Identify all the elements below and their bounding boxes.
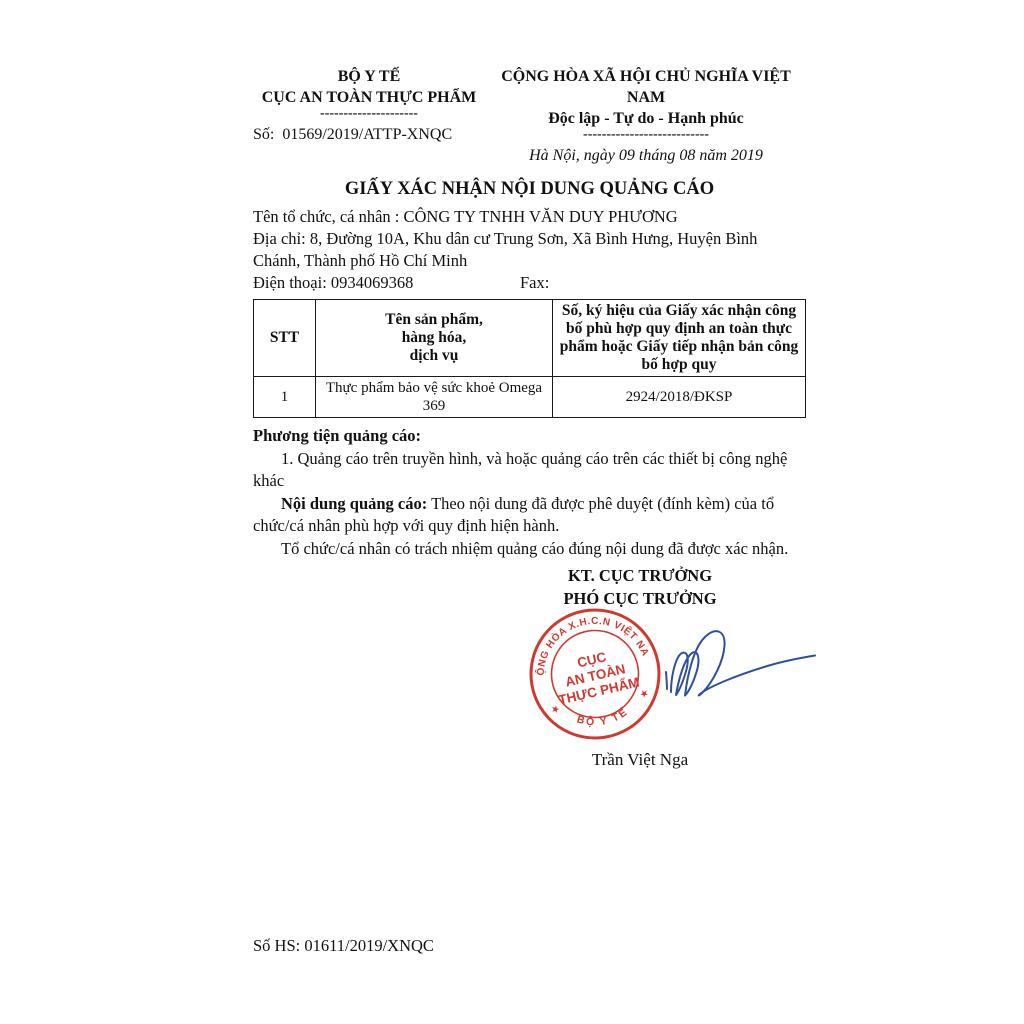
stamp-ring-bottom-text: BỘ Y TẾ	[573, 704, 632, 733]
file-number: Số HS: 01611/2019/XNQC	[253, 936, 434, 956]
phone-value: Điện thoại: 0934069368	[253, 272, 413, 294]
document-page: BỘ Y TẾ CỤC AN TOÀN THỰC PHẨM ----------…	[0, 0, 1024, 1024]
seal-area: CỘNG HÒA X.H.C.N VIỆT NAM BỘ Y TẾ ★ ★ CỤ…	[253, 610, 806, 752]
header-issuing-agency: BỘ Y TẾ CỤC AN TOÀN THỰC PHẨM ----------…	[253, 66, 485, 147]
svg-text:BỘ Y TẾ: BỘ Y TẾ	[573, 704, 632, 733]
table-row: 1 Thực phẩm bảo vệ sức khoẻ Omega 369 29…	[254, 377, 806, 418]
cell-product: Thực phẩm bảo vệ sức khoẻ Omega 369	[316, 377, 553, 418]
national-title: CỘNG HÒA XÃ HỘI CHỦ NGHĨA VIỆT NAM	[486, 66, 806, 108]
product-table-body: 1 Thực phẩm bảo vệ sức khoẻ Omega 369 29…	[254, 377, 806, 418]
org-name-line: Tên tổ chức, cá nhân : CÔNG TY TNHH VĂN …	[253, 206, 806, 228]
header-cell-product: Tên sản phẩm, hàng hóa, dịch vụ	[316, 300, 553, 377]
cell-certificate: 2924/2018/ĐKSP	[553, 377, 806, 418]
content-label: Nội dung quảng cáo:	[281, 494, 427, 513]
department-name: CỤC AN TOÀN THỰC PHẨM	[253, 87, 485, 108]
responsibility-paragraph: Tổ chức/cá nhân có trách nhiệm quảng cáo…	[253, 538, 806, 561]
motto-line: Độc lập - Tự do - Hạnh phúc	[486, 108, 806, 129]
signer-name: Trần Việt Nga	[485, 750, 795, 770]
handwritten-signature	[653, 614, 828, 724]
content-paragraph: Nội dung quảng cáo: Theo nội dung đã đượ…	[253, 493, 806, 538]
official-stamp: CỘNG HÒA X.H.C.N VIỆT NAM BỘ Y TẾ ★ ★ CỤ…	[525, 604, 665, 744]
media-heading: Phương tiện quảng cáo:	[253, 425, 806, 448]
document-content: BỘ Y TẾ CỤC AN TOÀN THỰC PHẨM ----------…	[253, 66, 806, 770]
body-text: Phương tiện quảng cáo: 1. Quảng cáo trên…	[253, 425, 806, 560]
table-header-row: STT Tên sản phẩm, hàng hóa, dịch vụ Số, …	[254, 300, 806, 377]
cell-stt: 1	[254, 377, 316, 418]
header-cell-stt: STT	[254, 300, 316, 377]
header-right-divider: ---------------------------	[486, 129, 806, 141]
header-national-motto: CỘNG HÒA XÃ HỘI CHỦ NGHĨA VIỆT NAM Độc l…	[486, 66, 806, 168]
fax-label: Fax:	[520, 272, 806, 294]
document-title: GIẤY XÁC NHẬN NỘI DUNG QUẢNG CÁO	[253, 177, 806, 201]
organization-info: Tên tổ chức, cá nhân : CÔNG TY TNHH VĂN …	[253, 206, 806, 294]
media-item: 1. Quảng cáo trên truyền hình, và hoặc q…	[253, 448, 806, 493]
product-table-head: STT Tên sản phẩm, hàng hóa, dịch vụ Số, …	[254, 300, 806, 377]
product-table: STT Tên sản phẩm, hàng hóa, dịch vụ Số, …	[253, 299, 806, 418]
header-cell-certificate: Số, ký hiệu của Giấy xác nhận công bố ph…	[553, 300, 806, 377]
phone-fax-line: Điện thoại: 0934069368 Fax:	[253, 272, 806, 294]
signature-tick-stroke	[666, 672, 667, 689]
header-left-divider: ---------------------	[253, 108, 485, 120]
org-address-line: Địa chỉ: 8, Đường 10A, Khu dân cư Trung …	[253, 228, 806, 272]
ministry-name: BỘ Y TẾ	[253, 66, 485, 87]
signer-role-1: KT. CỤC TRƯỞNG	[485, 564, 795, 587]
signature-main-stroke	[671, 631, 815, 695]
header-cell-product-text: Tên sản phẩm, hàng hóa, dịch vụ	[385, 311, 483, 364]
document-number: Số: 01569/2019/ATTP-XNQC	[253, 123, 485, 147]
document-header: BỘ Y TẾ CỤC AN TOÀN THỰC PHẨM ----------…	[253, 66, 806, 168]
issue-date: Hà Nội, ngày 09 tháng 08 năm 2019	[486, 144, 806, 168]
